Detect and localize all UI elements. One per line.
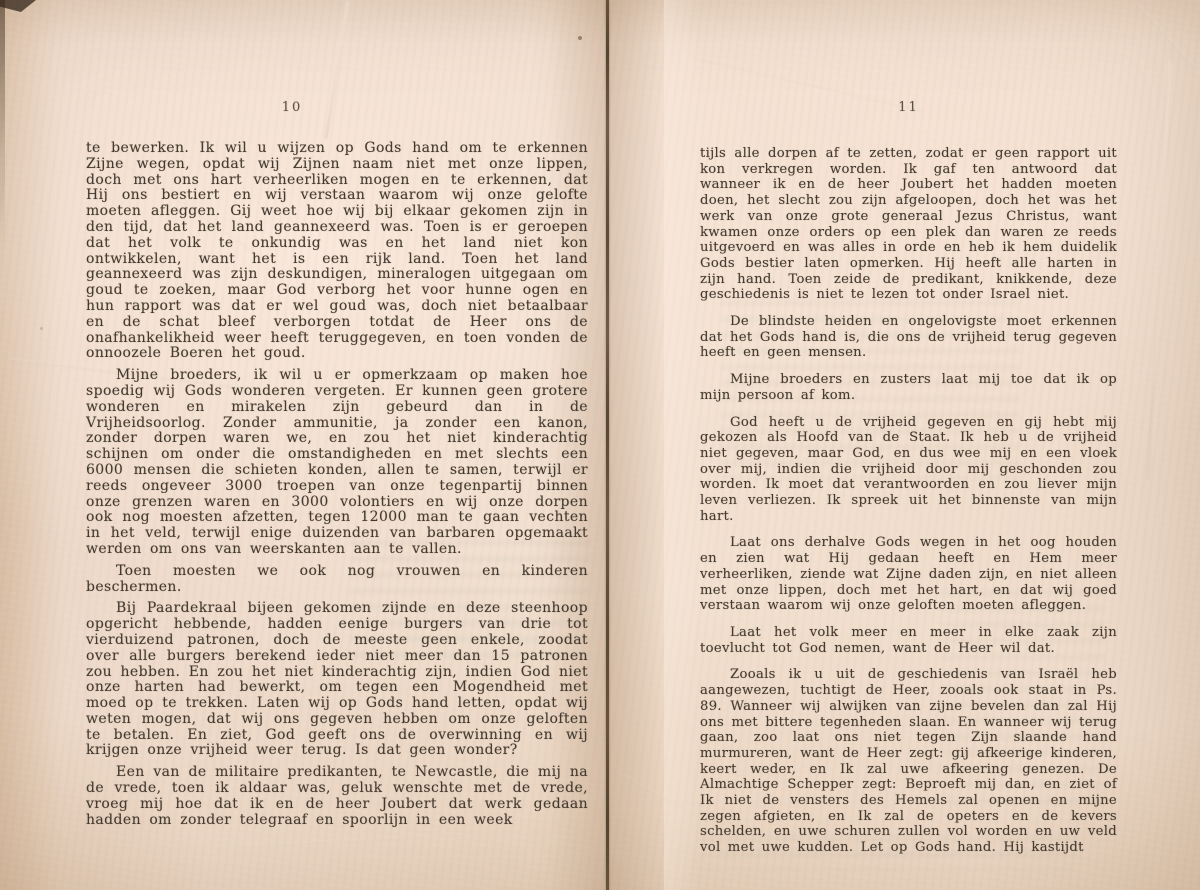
- fold-highlight: [664, 0, 698, 890]
- paragraph: Een van de militaire predikanten, te New…: [86, 765, 588, 828]
- paragraph: Toen moesten we ook nog vrouwen en kinde…: [86, 564, 588, 596]
- scanned-booklet-spread: 10 te bewerken. Ik wil u wijzen op Gods …: [0, 0, 1200, 890]
- paragraph: God heeft u de vrijheid gegeven en gij h…: [700, 415, 1117, 525]
- paragraph: Laat ons derhalve Gods wegen in het oog …: [700, 535, 1117, 614]
- paragraph: Mijne broeders en zusters laat mij toe d…: [700, 372, 1117, 403]
- right-page-text-block: tijls alle dorpen af te zetten, zodat er…: [700, 146, 1117, 867]
- paragraph: Bij Paardekraal bijeen gekomen zijnde en…: [86, 601, 588, 759]
- paper-crease: [240, 834, 450, 847]
- paragraph: Laat het volk meer en meer in elke zaak …: [700, 625, 1117, 656]
- paragraph: Mijne broeders, ik wil u er opmerkzaam o…: [86, 368, 588, 558]
- ink-speck: [40, 327, 43, 330]
- paragraph: tijls alle dorpen af te zetten, zodat er…: [700, 146, 1117, 303]
- dark-left-edge: [0, 0, 5, 250]
- paragraph: De blindste heiden en ongelovigste moet …: [700, 314, 1117, 361]
- paper-crease: [325, 1, 349, 140]
- ink-speck: [578, 36, 582, 40]
- left-page-number: 10: [41, 100, 543, 115]
- tear-mark-top-left: [0, 0, 36, 12]
- paragraph: Zooals ik u uit de geschiedenis van Isra…: [700, 667, 1117, 855]
- paragraph: te bewerken. Ik wil u wijzen op Gods han…: [86, 141, 588, 362]
- left-page-text-block: te bewerken. Ik wil u wijzen op Gods han…: [86, 141, 588, 834]
- center-fold-stitch-line: [606, 0, 609, 890]
- right-page-number: 11: [700, 100, 1117, 115]
- fold-shadow-right: [609, 0, 667, 890]
- paper-crease: [1134, 0, 1196, 68]
- paper-crease: [1147, 60, 1171, 480]
